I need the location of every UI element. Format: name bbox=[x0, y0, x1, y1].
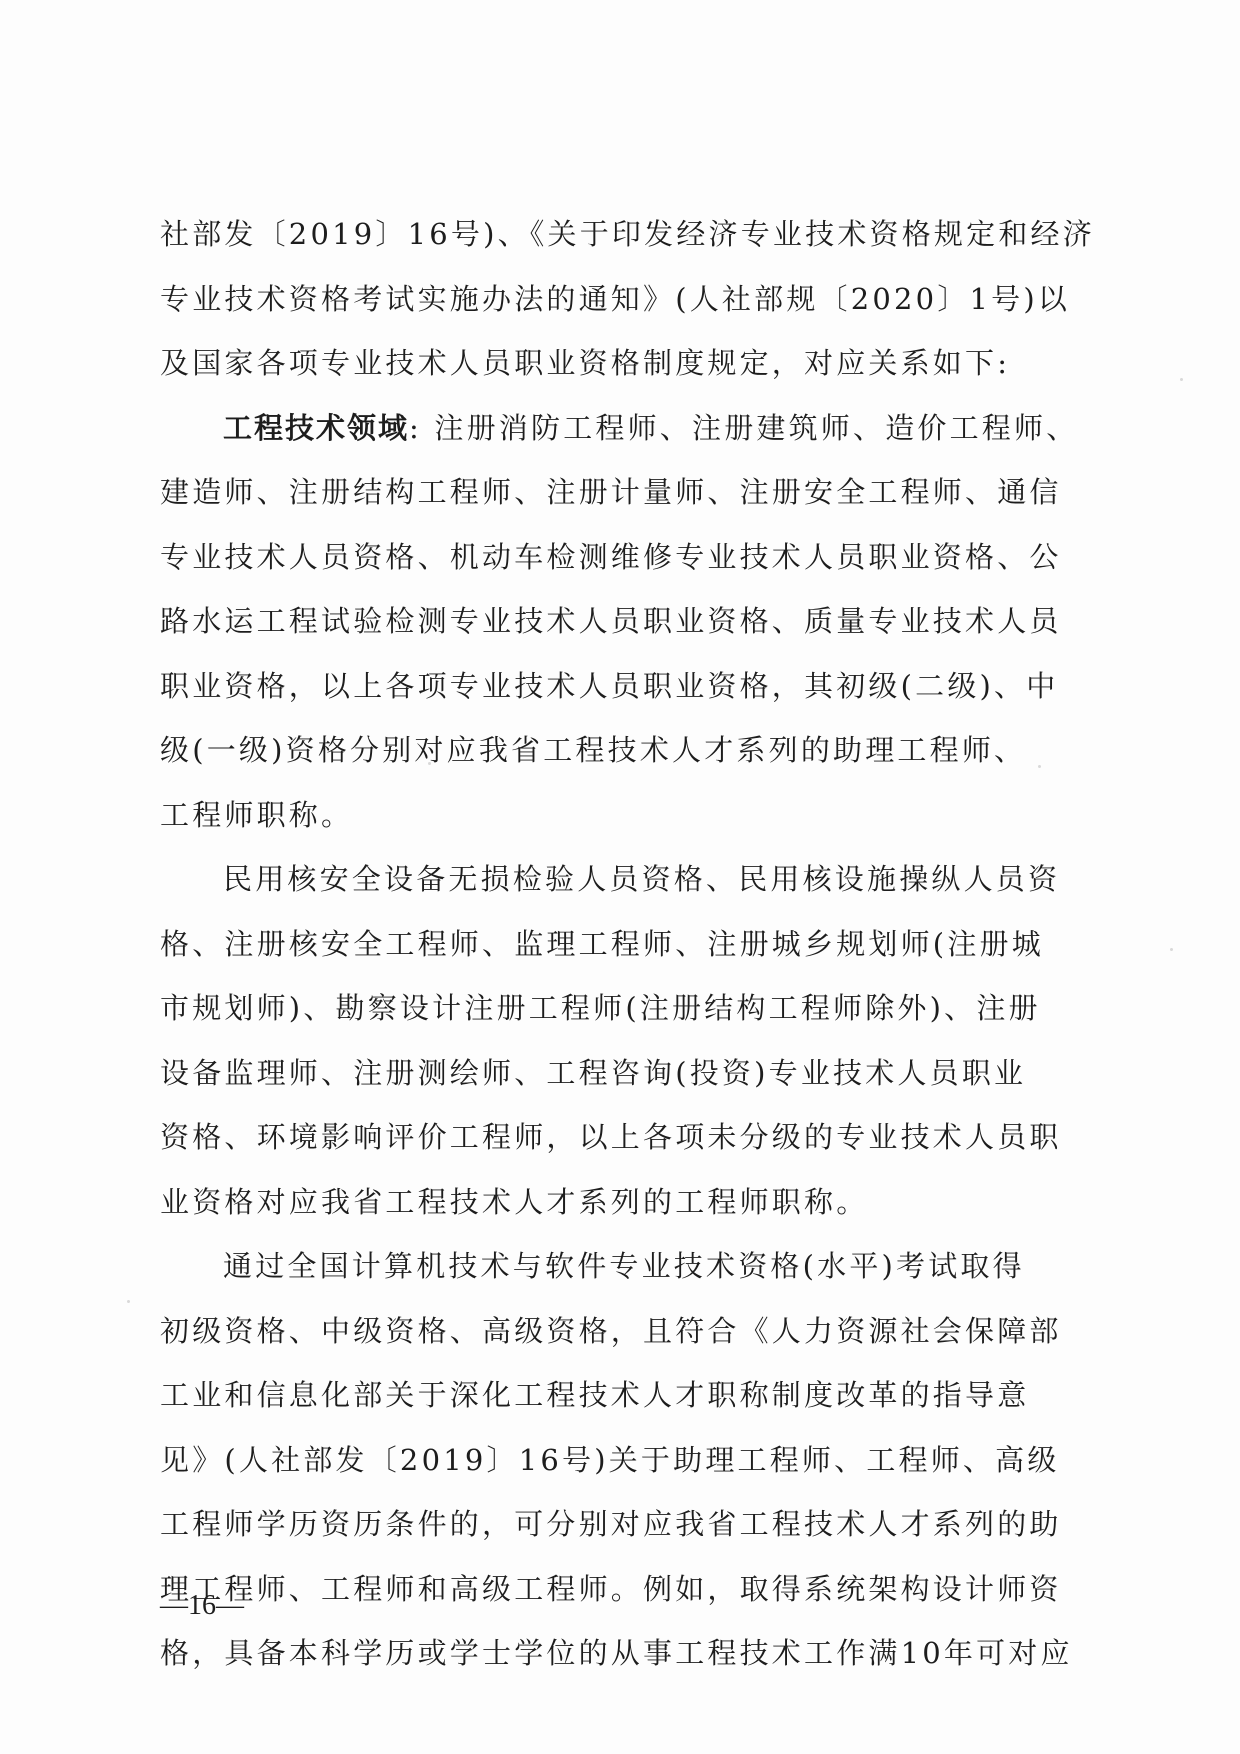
text-span: : 注册消防工程师、注册建筑师、造价工程师、 bbox=[409, 411, 1078, 445]
text-line: 工程师职称。 bbox=[160, 783, 1160, 848]
section-heading-engineering-field: 工程技术领域 bbox=[223, 411, 409, 445]
paragraph-first-line: 工程技术领域: 注册消防工程师、注册建筑师、造价工程师、 bbox=[160, 396, 1160, 461]
text-line: 职业资格，以上各项专业技术人员职业资格，其初级(二级)、中 bbox=[160, 654, 1160, 719]
text-line: 建造师、注册结构工程师、注册计量师、注册安全工程师、通信 bbox=[160, 460, 1160, 525]
text-line: 业资格对应我省工程技术人才系列的工程师职称。 bbox=[160, 1170, 1160, 1235]
scan-speck bbox=[1180, 378, 1183, 381]
document-body: 社部发〔2019〕16号)、《关于印发经济专业技术资格规定和经济 专业技术资格考… bbox=[160, 202, 1160, 1686]
text-line: 设备监理师、注册测绘师、工程咨询(投资)专业技术人员职业 bbox=[160, 1041, 1160, 1106]
text-line: 理工程师、工程师和高级工程师。例如，取得系统架构设计师资 bbox=[160, 1557, 1160, 1622]
text-line: 格、注册核安全工程师、监理工程师、注册城乡规划师(注册城 bbox=[160, 912, 1160, 977]
text-line: 专业技术资格考试实施办法的通知》(人社部规〔2020〕1号)以 bbox=[160, 267, 1160, 332]
text-line: 路水运工程试验检测专业技术人员职业资格、质量专业技术人员 bbox=[160, 589, 1160, 654]
page-number: —16— bbox=[160, 1590, 244, 1622]
text-line: 及国家各项专业技术人员职业资格制度规定，对应关系如下: bbox=[160, 331, 1160, 396]
text-line: 初级资格、中级资格、高级资格，且符合《人力资源社会保障部 bbox=[160, 1299, 1160, 1364]
text-line: 格，具备本科学历或学士学位的从事工程技术工作满10年可对应 bbox=[160, 1621, 1160, 1686]
scan-speck bbox=[428, 762, 431, 765]
paragraph-first-line: 民用核安全设备无损检验人员资格、民用核设施操纵人员资 bbox=[160, 847, 1160, 912]
scan-speck bbox=[1170, 948, 1173, 951]
text-line: 级(一级)资格分别对应我省工程技术人才系列的助理工程师、 bbox=[160, 718, 1160, 783]
paragraph-first-line: 通过全国计算机技术与软件专业技术资格(水平)考试取得 bbox=[160, 1234, 1160, 1299]
scan-speck bbox=[127, 1300, 130, 1303]
text-line: 工程师学历资历条件的，可分别对应我省工程技术人才系列的助 bbox=[160, 1492, 1160, 1557]
scan-speck bbox=[1038, 765, 1041, 768]
text-line: 市规划师)、勘察设计注册工程师(注册结构工程师除外)、注册 bbox=[160, 976, 1160, 1041]
text-line: 见》(人社部发〔2019〕16号)关于助理工程师、工程师、高级 bbox=[160, 1428, 1160, 1493]
text-line: 工业和信息化部关于深化工程技术人才职称制度改革的指导意 bbox=[160, 1363, 1160, 1428]
text-line: 社部发〔2019〕16号)、《关于印发经济专业技术资格规定和经济 bbox=[160, 202, 1160, 267]
text-line: 专业技术人员资格、机动车检测维修专业技术人员职业资格、公 bbox=[160, 525, 1160, 590]
document-page: 社部发〔2019〕16号)、《关于印发经济专业技术资格规定和经济 专业技术资格考… bbox=[0, 0, 1240, 1754]
text-line: 资格、环境影响评价工程师，以上各项未分级的专业技术人员职 bbox=[160, 1105, 1160, 1170]
